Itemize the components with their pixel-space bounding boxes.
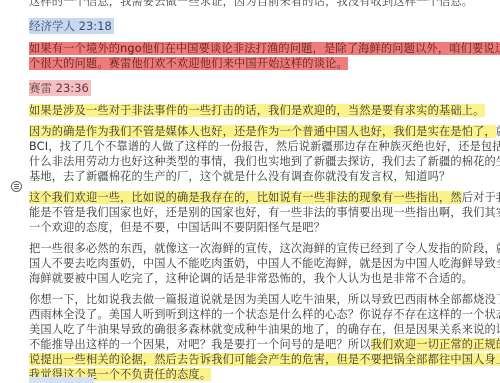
text-span: 不能推导出这样的一个因果，对吧？我是要打一个问号的是吧？所以 bbox=[29, 338, 371, 351]
text-line: 一个欢迎的态度，但是不要，中国话叫不要阴阳怪气是吧？ bbox=[29, 220, 489, 235]
red-highlight-line: 个很大的问题。赛雷他们欢不欢迎他们来中国开始这样的谈论。 bbox=[29, 57, 348, 70]
text-line: 把一些很多必然的东西，就像这一次海鲜的宣传，这次海鲜的宣传已经到了令人发指的阶段… bbox=[29, 241, 489, 256]
yellow-highlight-line: 因为的确是作为我们不管是媒体人也好，还是作为一个普通中国人也好，我们是实在是怕了… bbox=[29, 125, 496, 138]
red-highlight-line: 如果有一个境外的ngo他们在中国要谈论非法打渔的问题，是除了海鲜的问题以外，咱们… bbox=[29, 42, 500, 55]
economist-question: 如果有一个境外的ngo他们在中国要谈论非法打渔的问题，是除了海鲜的问题以外，咱们… bbox=[29, 41, 489, 71]
text-span: 后对于我们可 bbox=[462, 191, 500, 204]
text-line: 西雨林全没了。美国人听到听到这样的一个状态是什么样的心态？你说存不存在这样的一个… bbox=[29, 307, 489, 322]
yellow-highlight-line: 说提出一些相关的论据，然后去告诉我们可能会产生的危害，但是不要把锅全部都往中国人… bbox=[29, 353, 500, 366]
text-line: 你想一下，比如说我去做一篇报道说就是因为美国人吃牛油果，所以导致巴西雨林全部都烧… bbox=[29, 292, 489, 307]
top-fragment-line: 这样的一个信息，我需要去做一些求证，因为目前来看的话，我没有收到这样一个信息。 bbox=[29, 0, 489, 9]
speaker-label-economist: 经济学人 23:18 bbox=[29, 18, 114, 34]
text-span: 就像 bbox=[496, 125, 500, 138]
yellow-highlight-line: 这个我们欢迎一些，比如说的确是我存在的，比如说有一些非法的现象有一些指出，然 bbox=[29, 191, 462, 204]
text-line: 什么非法用劳动力也好这种类型的事情，我们也实地到了新疆去探访，我们去了新疆的棉花… bbox=[29, 154, 489, 169]
answer-paragraph-4: 把一些很多必然的东西，就像这一次海鲜的宣传，这次海鲜的宣传已经到了令人发指的阶段… bbox=[29, 241, 489, 286]
answer-paragraph-1: 如果是涉及一些对于非法事件的一些打击的话，我们是欢迎的，当然是要有求实的基础上。 bbox=[29, 103, 489, 118]
speaker-label-sailei: 赛雷 23:36 bbox=[29, 80, 91, 96]
yellow-highlight-line: 我们欢迎一切正常的正规的或者 bbox=[371, 338, 500, 351]
text-line: 海鲜就要被中国人吃完了，这种论调的话是非常恐怖的，我个人认为也是非常不合适的。 bbox=[29, 271, 489, 286]
answer-paragraph-5: 你想一下，比如说我去做一篇报道说就是因为美国人吃牛油果，所以导致巴西雨林全部都烧… bbox=[29, 292, 489, 382]
answer-paragraph-3: 这个我们欢迎一些，比如说的确是我存在的，比如说有一些非法的现象有一些指出，然后对… bbox=[29, 190, 489, 235]
next-speaker-label-cut-off bbox=[29, 377, 94, 383]
text-line: 美国人吃了牛油果导致的确很多森林就变成种牛油果的地了，的确存在，但是因果关系来说… bbox=[29, 322, 489, 337]
text-line: BCI，找了几个不靠谱的人做了这样的一份报告，然后说新疆那边存在种族灭绝也好，还… bbox=[29, 139, 489, 154]
text-line: 基地，去了新疆棉花的生产的厂，这个就是什么没有调查你就没有发言权，知道吗？ bbox=[29, 169, 489, 184]
text-line: 国人不要去吃肉蛋奶，中国人不能吃肉蛋奶，中国人不能吃海鲜，就是因为中国人吃海鲜导… bbox=[29, 256, 489, 271]
yellow-highlight-line: 如果是涉及一些对于非法事件的一些打击的话，我们是欢迎的，当然是要有求实的基础上。 bbox=[29, 104, 485, 117]
transcript-document: 这样的一个信息，我需要去做一些求证，因为目前来看的话，我没有收到这样一个信息。 … bbox=[29, 0, 489, 383]
text-line: 能是不管是我们国家也好，还是别的国家也好，有一些非法的事情要出现一些指出啊，我们… bbox=[29, 205, 489, 220]
paragraph-menu-icon[interactable] bbox=[11, 181, 22, 192]
answer-paragraph-2: 因为的确是作为我们不管是媒体人也好，还是作为一个普通中国人也好，我们是实在是怕了… bbox=[29, 124, 489, 184]
